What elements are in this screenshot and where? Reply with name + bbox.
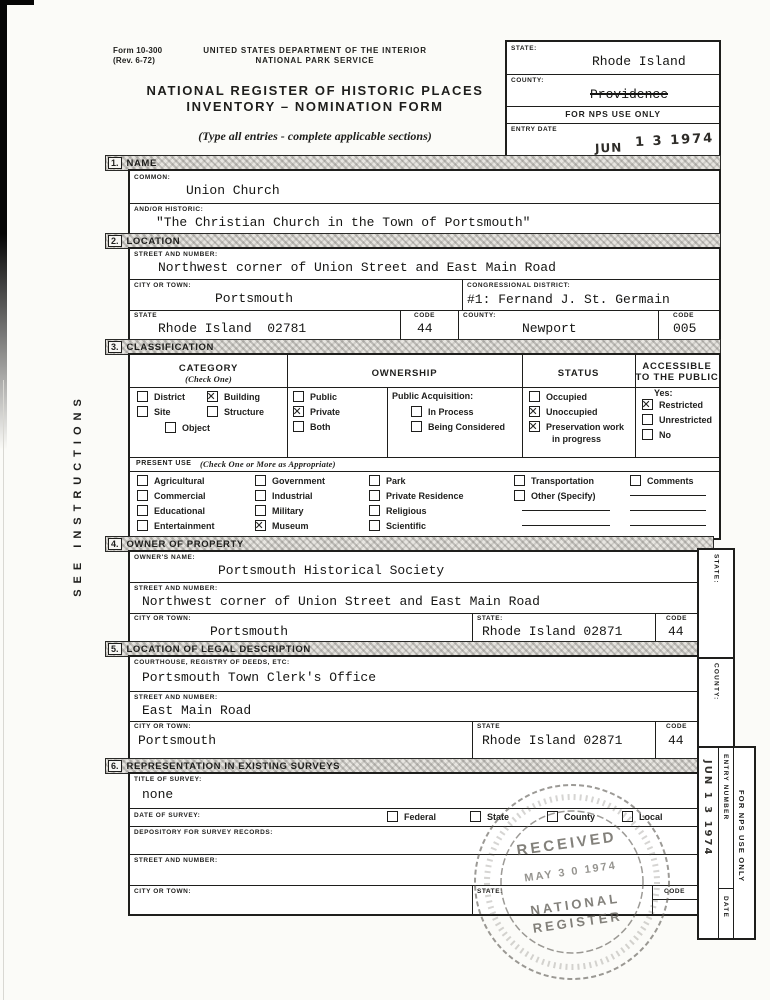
public-label: Public — [310, 392, 337, 402]
object-label: Object — [182, 423, 210, 433]
s2-district-label: CONGRESSIONAL DISTRICT: — [467, 282, 570, 289]
department-line: UNITED STATES DEPARTMENT OF THE INTERIOR — [160, 46, 470, 55]
military-label: Military — [272, 506, 304, 516]
being-considered-checkbox[interactable] — [411, 421, 422, 432]
museum-option: Museum — [255, 520, 309, 531]
agricultural-label: Agricultural — [154, 476, 205, 486]
being-considered-label: Being Considered — [428, 422, 505, 432]
county-option: County — [547, 811, 595, 822]
site-option: Site — [137, 406, 171, 417]
district-checkbox[interactable] — [137, 391, 148, 402]
s6-street-label: STREET AND NUMBER: — [134, 857, 218, 864]
both-label: Both — [310, 422, 331, 432]
scanned-form-page: Form 10-300 (Rev. 6-72) UNITED STATES DE… — [0, 0, 770, 1000]
other-option: Other (Specify) — [514, 490, 596, 501]
county-survey-label: County — [564, 812, 595, 822]
unrestricted-checkbox[interactable] — [642, 414, 653, 425]
entry-date-label: ENTRY DATE — [511, 126, 557, 133]
accessible-column-header-line1: ACCESSIBLE — [635, 361, 719, 372]
state-checkbox[interactable] — [470, 811, 481, 822]
transportation-checkbox[interactable] — [514, 475, 525, 486]
building-label: Building — [224, 392, 260, 402]
form-title-line2: INVENTORY – NOMINATION FORM — [140, 99, 490, 114]
government-label: Government — [272, 476, 325, 486]
section4-title: OWNER OF PROPERTY — [127, 539, 244, 550]
in-process-label: In Process — [428, 407, 474, 417]
sidebar-nps-use-label: FOR NPS USE ONLY — [737, 790, 746, 882]
preservation-label: Preservation work — [546, 422, 624, 432]
s6-city-label: CITY OR TOWN: — [134, 888, 191, 895]
sidebar-nps-box: JUN 1 3 1974 ENTRY NUMBER DATE FOR NPS U… — [697, 746, 756, 940]
s5-street-value[interactable]: East Main Road — [142, 703, 251, 718]
ownership-column-header: OWNERSHIP — [287, 368, 522, 379]
s2-city-label: CITY OR TOWN: — [134, 282, 191, 289]
unoccupied-label: Unoccupied — [546, 407, 598, 417]
industrial-checkbox[interactable] — [255, 490, 266, 501]
accessible-yes-label: Yes: — [654, 388, 673, 398]
section4-number: 4. — [108, 538, 122, 550]
s2-county-label: COUNTY: — [463, 312, 496, 319]
county-value[interactable]: Providence — [590, 87, 668, 102]
commercial-checkbox[interactable] — [137, 490, 148, 501]
restricted-label: Restricted — [659, 400, 703, 410]
government-option: Government — [255, 475, 325, 486]
s4-city-value[interactable]: Portsmouth — [210, 624, 288, 639]
s2-state-label: STATE — [134, 312, 157, 319]
county-checkbox[interactable] — [547, 811, 558, 822]
commercial-label: Commercial — [154, 491, 206, 501]
s4-code-label: CODE — [666, 615, 687, 622]
educational-label: Educational — [154, 506, 205, 516]
comments-label: Comments — [647, 476, 694, 486]
s4-city-label: CITY OR TOWN: — [134, 615, 191, 622]
s4-state-value[interactable]: Rhode Island 02871 — [482, 624, 622, 639]
depository-label: DEPOSITORY FOR SURVEY RECORDS: — [134, 829, 273, 836]
local-checkbox[interactable] — [622, 811, 633, 822]
state-survey-label: State — [487, 812, 509, 822]
other-label: Other (Specify) — [531, 491, 596, 501]
park-checkbox[interactable] — [369, 475, 380, 486]
section4-body: OWNER'S NAME: Portsmouth Historical Soci… — [128, 550, 701, 645]
section5-title: LOCATION OF LEGAL DESCRIPTION — [127, 644, 311, 655]
no-checkbox[interactable] — [642, 429, 653, 440]
being-considered-option: Being Considered — [411, 421, 505, 432]
section5-body: COURTHOUSE, REGISTRY OF DEEDS, ETC: Port… — [128, 655, 701, 762]
sidebar-state-cell: STATE: — [697, 548, 735, 661]
unrestricted-label: Unrestricted — [659, 415, 712, 425]
scan-edge-line — [3, 380, 4, 1000]
sidebar-entry-number-label: ENTRY NUMBER — [722, 754, 729, 820]
county-label: COUNTY: — [511, 77, 544, 84]
entry-date-stamp-month: JUN — [595, 141, 623, 156]
building-option: Building — [207, 391, 260, 402]
s2-code2-label: CODE — [673, 312, 694, 319]
s6-code-divider — [652, 899, 699, 900]
s4-street-label: STREET AND NUMBER: — [134, 585, 218, 592]
survey-date-label: DATE OF SURVEY: — [134, 812, 200, 819]
educational-option: Educational — [137, 505, 205, 516]
survey-title-value[interactable]: none — [142, 787, 173, 802]
section2-body: STREET AND NUMBER: Northwest corner of U… — [128, 247, 721, 342]
agricultural-checkbox[interactable] — [137, 475, 148, 486]
entertainment-label: Entertainment — [154, 521, 215, 531]
section6-title: REPRESENTATION IN EXISTING SURVEYS — [127, 761, 341, 772]
entertainment-option: Entertainment — [137, 520, 215, 531]
category-column-header: CATEGORY — [130, 363, 287, 374]
structure-label: Structure — [224, 407, 264, 417]
unrestricted-option: Unrestricted — [642, 414, 712, 425]
section1-title: NAME — [127, 158, 157, 169]
present-use-note: (Check One or More as Appropriate) — [200, 459, 336, 469]
s2-district-value[interactable]: #1: Fernand J. St. Germain — [467, 292, 670, 307]
private-checkbox[interactable] — [293, 406, 304, 417]
nps-use-box: STATE: Rhode Island COUNTY: Providence F… — [505, 40, 721, 159]
other-checkbox[interactable] — [514, 490, 525, 501]
comments-line[interactable] — [630, 525, 706, 526]
category-check-one-note: (Check One) — [130, 374, 287, 384]
state-value[interactable]: Rhode Island — [592, 54, 686, 69]
no-label: No — [659, 430, 671, 440]
in-process-option: In Process — [411, 406, 474, 417]
structure-option: Structure — [207, 406, 264, 417]
s6-state-label: STATE: — [477, 888, 503, 895]
site-label: Site — [154, 407, 171, 417]
museum-label: Museum — [272, 521, 309, 531]
s2-street-label: STREET AND NUMBER: — [134, 251, 218, 258]
transportation-label: Transportation — [531, 476, 594, 486]
s5-city-value[interactable]: Portsmouth — [138, 733, 216, 748]
section6-number: 6. — [108, 760, 122, 772]
comments-option: Comments — [630, 475, 694, 486]
sidebar-county-cell: COUNTY: — [697, 657, 735, 750]
s5-state-label: STATE — [477, 723, 500, 730]
present-use-label: PRESENT USE — [136, 460, 191, 467]
comments-line[interactable] — [630, 495, 706, 496]
restricted-option: Restricted — [642, 399, 703, 410]
s5-city-label: CITY OR TOWN: — [134, 723, 191, 730]
restricted-checkbox[interactable] — [642, 399, 653, 410]
scan-corner-artifact — [0, 0, 34, 5]
sidebar-date-label: DATE — [722, 896, 729, 918]
in-process-checkbox[interactable] — [411, 406, 422, 417]
s2-street-value[interactable]: Northwest corner of Union Street and Eas… — [158, 260, 556, 275]
no-option: No — [642, 429, 671, 440]
s2-code-value[interactable]: 44 — [417, 321, 433, 336]
s2-county-value[interactable]: Newport — [522, 321, 577, 336]
scientific-option: Scientific — [369, 520, 426, 531]
comments-line[interactable] — [630, 510, 706, 511]
federal-option: Federal — [387, 811, 436, 822]
local-label: Local — [639, 812, 663, 822]
for-nps-use-only-label: FOR NPS USE ONLY — [507, 109, 719, 119]
preservation-label-line2: in progress — [552, 434, 601, 444]
section3-title: CLASSIFICATION — [127, 342, 214, 353]
preservation-option: Preservation work — [529, 421, 624, 432]
industrial-label: Industrial — [272, 491, 313, 501]
structure-checkbox[interactable] — [207, 406, 218, 417]
preservation-checkbox[interactable] — [529, 421, 540, 432]
scientific-checkbox[interactable] — [369, 520, 380, 531]
owner-name-value[interactable]: Portsmouth Historical Society — [218, 563, 444, 578]
see-instructions-note: SEE INSTRUCTIONS — [72, 393, 84, 597]
section2-title: LOCATION — [127, 236, 181, 247]
public-acquisition-label: Public Acquisition: — [392, 391, 473, 401]
federal-label: Federal — [404, 812, 436, 822]
private-residence-checkbox[interactable] — [369, 490, 380, 501]
section5-number: 5. — [108, 643, 122, 655]
district-option: District — [137, 391, 185, 402]
s5-code-value[interactable]: 44 — [668, 733, 684, 748]
s2-code2-value[interactable]: 005 — [673, 321, 696, 336]
public-option: Public — [293, 391, 337, 402]
private-label: Private — [310, 407, 340, 417]
educational-checkbox[interactable] — [137, 505, 148, 516]
private-residence-label: Private Residence — [386, 491, 464, 501]
survey-title-label: TITLE OF SURVEY: — [134, 776, 202, 783]
sidebar-state-label: STATE: — [713, 550, 720, 659]
religious-checkbox[interactable] — [369, 505, 380, 516]
s2-code-label: CODE — [414, 312, 435, 319]
local-option: Local — [622, 811, 663, 822]
occupied-label: Occupied — [546, 392, 587, 402]
service-line: NATIONAL PARK SERVICE — [160, 56, 470, 65]
both-checkbox[interactable] — [293, 421, 304, 432]
public-checkbox[interactable] — [293, 391, 304, 402]
common-name-label: COMMON: — [134, 174, 170, 181]
object-checkbox[interactable] — [165, 422, 176, 433]
military-option: Military — [255, 505, 304, 516]
entertainment-checkbox[interactable] — [137, 520, 148, 531]
federal-checkbox[interactable] — [387, 811, 398, 822]
scientific-label: Scientific — [386, 521, 426, 531]
commercial-option: Commercial — [137, 490, 206, 501]
s2-city-value[interactable]: Portsmouth — [215, 291, 293, 306]
state-label: STATE: — [511, 45, 537, 52]
military-checkbox[interactable] — [255, 505, 266, 516]
sidebar-entry-stamp: JUN 1 3 1974 — [702, 760, 713, 856]
historic-name-value[interactable]: "The Christian Church in the Town of Por… — [156, 215, 530, 230]
s4-street-value[interactable]: Northwest corner of Union Street and Eas… — [142, 594, 540, 609]
park-option: Park — [369, 475, 406, 486]
section1-body: COMMON: Union Church AND/OR HISTORIC: "T… — [128, 169, 721, 237]
industrial-option: Industrial — [255, 490, 313, 501]
s5-code-label: CODE — [666, 723, 687, 730]
district-label: District — [154, 392, 185, 402]
comments-checkbox[interactable] — [630, 475, 641, 486]
form-number: Form 10-300 — [113, 46, 162, 55]
park-label: Park — [386, 476, 406, 486]
historic-name-label: AND/OR HISTORIC: — [134, 206, 203, 213]
section3-number: 3. — [108, 341, 122, 353]
agricultural-option: Agricultural — [137, 475, 205, 486]
building-checkbox[interactable] — [207, 391, 218, 402]
s6-code-label: CODE — [664, 888, 685, 895]
transportation-option: Transportation — [514, 475, 594, 486]
status-column-header: STATUS — [522, 368, 635, 379]
museum-checkbox[interactable] — [255, 520, 266, 531]
object-option: Object — [165, 422, 210, 433]
section2-number: 2. — [108, 235, 122, 247]
s4-code-value[interactable]: 44 — [668, 624, 684, 639]
section6-body: TITLE OF SURVEY: none DATE OF SURVEY: Fe… — [128, 772, 701, 916]
religious-label: Religious — [386, 506, 427, 516]
sidebar-county-label: COUNTY: — [713, 659, 720, 748]
government-checkbox[interactable] — [255, 475, 266, 486]
other-specify-line[interactable] — [522, 510, 610, 511]
other-specify-line[interactable] — [522, 525, 610, 526]
s2-state-value[interactable]: Rhode Island 02781 — [158, 321, 306, 336]
private-option: Private — [293, 406, 340, 417]
section3-body: CATEGORY (Check One) OWNERSHIP STATUS AC… — [128, 353, 721, 540]
s5-street-label: STREET AND NUMBER: — [134, 694, 218, 701]
type-instructions-note: (Type all entries - complete applicable … — [130, 129, 500, 144]
form-revision: (Rev. 6-72) — [113, 56, 155, 65]
courthouse-label: COURTHOUSE, REGISTRY OF DEEDS, ETC: — [134, 659, 290, 666]
private-residence-option: Private Residence — [369, 490, 464, 501]
s5-state-value[interactable]: Rhode Island 02871 — [482, 733, 622, 748]
unoccupied-option: Unoccupied — [529, 406, 598, 417]
both-option: Both — [293, 421, 331, 432]
occupied-option: Occupied — [529, 391, 587, 402]
site-checkbox[interactable] — [137, 406, 148, 417]
courthouse-value[interactable]: Portsmouth Town Clerk's Office — [142, 670, 376, 685]
form-title-line1: NATIONAL REGISTER OF HISTORIC PLACES — [140, 83, 490, 98]
s4-state-label: STATE: — [477, 615, 503, 622]
section1-number: 1. — [108, 157, 122, 169]
entry-date-stamp-day-year: 1 3 1974 — [635, 131, 715, 150]
unoccupied-checkbox[interactable] — [529, 406, 540, 417]
common-name-value[interactable]: Union Church — [186, 183, 280, 198]
owner-name-label: OWNER'S NAME: — [134, 554, 195, 561]
religious-option: Religious — [369, 505, 427, 516]
state-option: State — [470, 811, 509, 822]
occupied-checkbox[interactable] — [529, 391, 540, 402]
accessible-column-header-line2: TO THE PUBLIC — [635, 372, 719, 383]
